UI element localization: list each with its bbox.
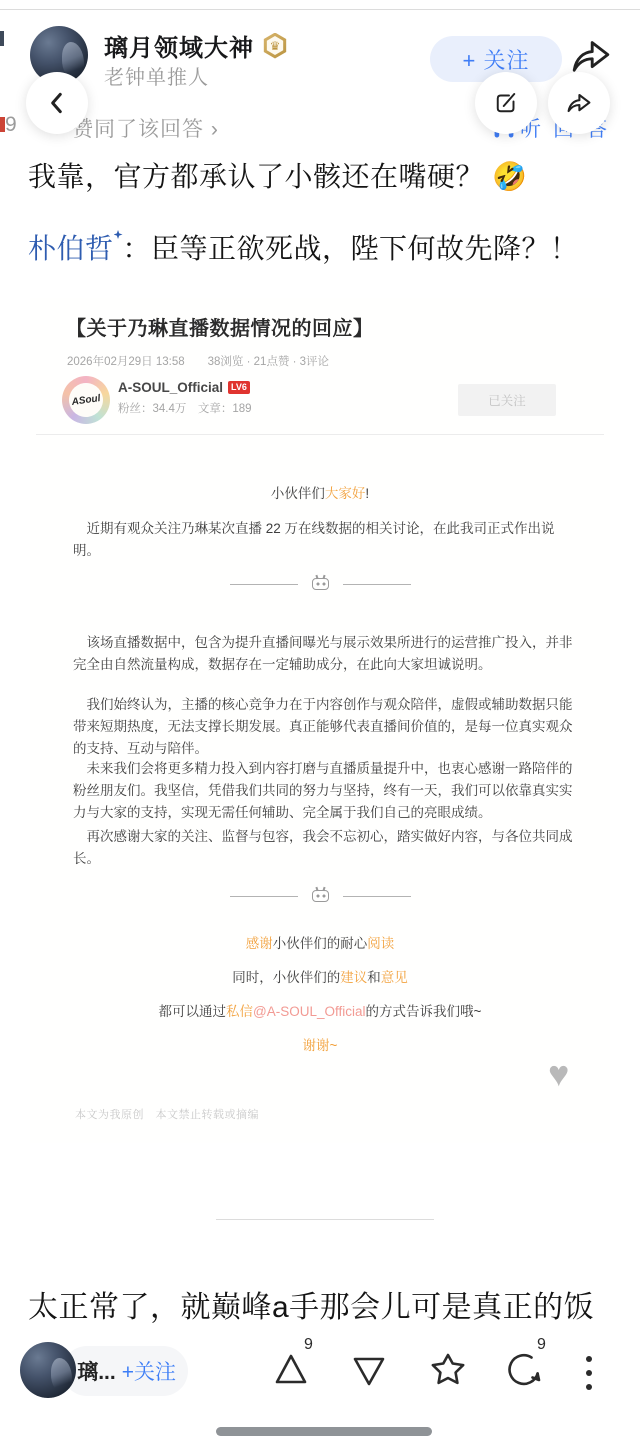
follow-label: +关注 [122, 1356, 176, 1386]
followed-button: 已关注 [458, 384, 556, 416]
author-follow-pill[interactable]: 璃... +关注 [62, 1346, 188, 1396]
upvote-button[interactable] [270, 1350, 312, 1390]
mention-link: @A-SOUL_Official [253, 1004, 366, 1019]
account-avatar-label: ASoul [67, 381, 105, 419]
heart-icon: ♥ [548, 1056, 569, 1092]
quote-line: 朴伯哲：臣等正欲死战，陛下何故先降？！ [28, 228, 620, 270]
upvote-count: 9 [304, 1336, 313, 1354]
author-name: 璃月领域大神 [104, 28, 254, 63]
account-avatar: ASoul [62, 376, 110, 424]
thanks-line: 感谢小伙伴们的耐心阅读 [30, 932, 610, 952]
top-divider [0, 9, 640, 10]
quote-text: 臣等正欲死战，陛下何故先降？！ [151, 233, 579, 264]
post-paragraph: 我们始终认为，主播的核心竞争力在于内容创作与观众陪伴，虚假或辅助数据只能带来短期… [73, 694, 579, 760]
thanks-line: 谢谢~ [30, 1034, 610, 1054]
post-title: 【关于乃琳直播数据情况的回应】 [66, 312, 374, 341]
section-divider [30, 578, 610, 590]
comment-bubble-icon [503, 1350, 545, 1390]
upvoted-answer-link[interactable]: 赞同了该回答 › [72, 113, 219, 143]
edit-button[interactable] [475, 72, 537, 134]
favorite-button[interactable] [427, 1350, 469, 1390]
author-row[interactable]: 璃月领域大神 ♛ [104, 28, 288, 63]
post-meta: 2026年02月29日 13:58 38浏览 · 21点赞 · 3评论 [67, 353, 329, 369]
author-short-name: 璃... [77, 1356, 116, 1386]
sparkle-icon [114, 230, 123, 239]
bottom-action-bar: 璃... +关注 9 9 [0, 1334, 640, 1444]
post-greeting: 小伙伴们大家好! [30, 482, 610, 502]
chevron-left-icon [44, 90, 70, 116]
crown-badge-icon: ♛ [262, 33, 288, 59]
home-indicator[interactable] [216, 1427, 432, 1436]
embedded-post-image[interactable]: 【关于乃琳直播数据情况的回应】 2026年02月29日 13:58 38浏览 ·… [30, 298, 610, 1143]
account-row: A-SOUL_Official LV6 [118, 380, 250, 395]
comment-separator [216, 1219, 434, 1220]
edit-icon [491, 88, 521, 118]
edge-fragment [0, 31, 4, 46]
star-icon [427, 1350, 469, 1390]
comment-detail-screen: 璃月领域大神 ♛ 老钟单推人 + 关注 9 赞同了该回答 › 听回答 [0, 0, 640, 1444]
robot-icon [312, 890, 329, 902]
meta-fragment: 9 [5, 113, 17, 137]
downvote-triangle-icon [348, 1350, 390, 1390]
comment-text: 我靠，官方都承认了小骸还在嘴硬？ 🤣 [28, 156, 620, 198]
share-icon [562, 87, 596, 119]
copyright-note: 本文为我原创 本文禁止转载或摘编 [75, 1106, 259, 1122]
section-divider [30, 890, 610, 902]
divider [36, 434, 604, 435]
comment-count: 9 [537, 1336, 546, 1354]
post-paragraph: 该场直播数据中，包含为提升直播间曝光与展示效果所进行的运营推广投入，并非完全由自… [73, 632, 579, 676]
post-intro: 近期有观众关注乃琳某次直播 22 万在线数据的相关讨论，在此我司正式作出说明。 [73, 518, 579, 562]
thanks-line: 都可以通过私信@A-SOUL_Official的方式告诉我们哦~ [30, 1000, 610, 1020]
downvote-button[interactable] [348, 1350, 390, 1390]
more-options-button[interactable] [586, 1356, 592, 1390]
avatar[interactable] [20, 1342, 76, 1398]
upvote-triangle-icon [270, 1350, 312, 1390]
post-paragraph: 未来我们会将更多精力投入到内容打磨与直播质量提升中，也衷心感谢一路陪伴的粉丝朋友… [73, 758, 579, 824]
comment-button[interactable] [503, 1350, 545, 1390]
quoted-user-link[interactable]: 朴伯哲 [28, 233, 114, 264]
level-badge: LV6 [228, 381, 250, 394]
rofl-emoji: 🤣 [492, 161, 527, 192]
account-stats: 粉丝：34.4万 文章：189 [118, 400, 252, 416]
next-comment-text: 太正常了，就巅峰a手那会儿可是真正的饭 [28, 1282, 628, 1326]
author-subtitle: 老钟单推人 [104, 61, 209, 90]
post-paragraph: 再次感谢大家的关注、监督与包容，我会不忘初心，踏实做好内容，与各位共同成长。 [73, 826, 579, 870]
thanks-line: 同时，小伙伴们的建议和意见 [30, 966, 610, 986]
account-name: A-SOUL_Official [118, 380, 223, 395]
robot-icon [312, 578, 329, 590]
back-button[interactable] [26, 72, 88, 134]
share-button[interactable] [548, 72, 610, 134]
